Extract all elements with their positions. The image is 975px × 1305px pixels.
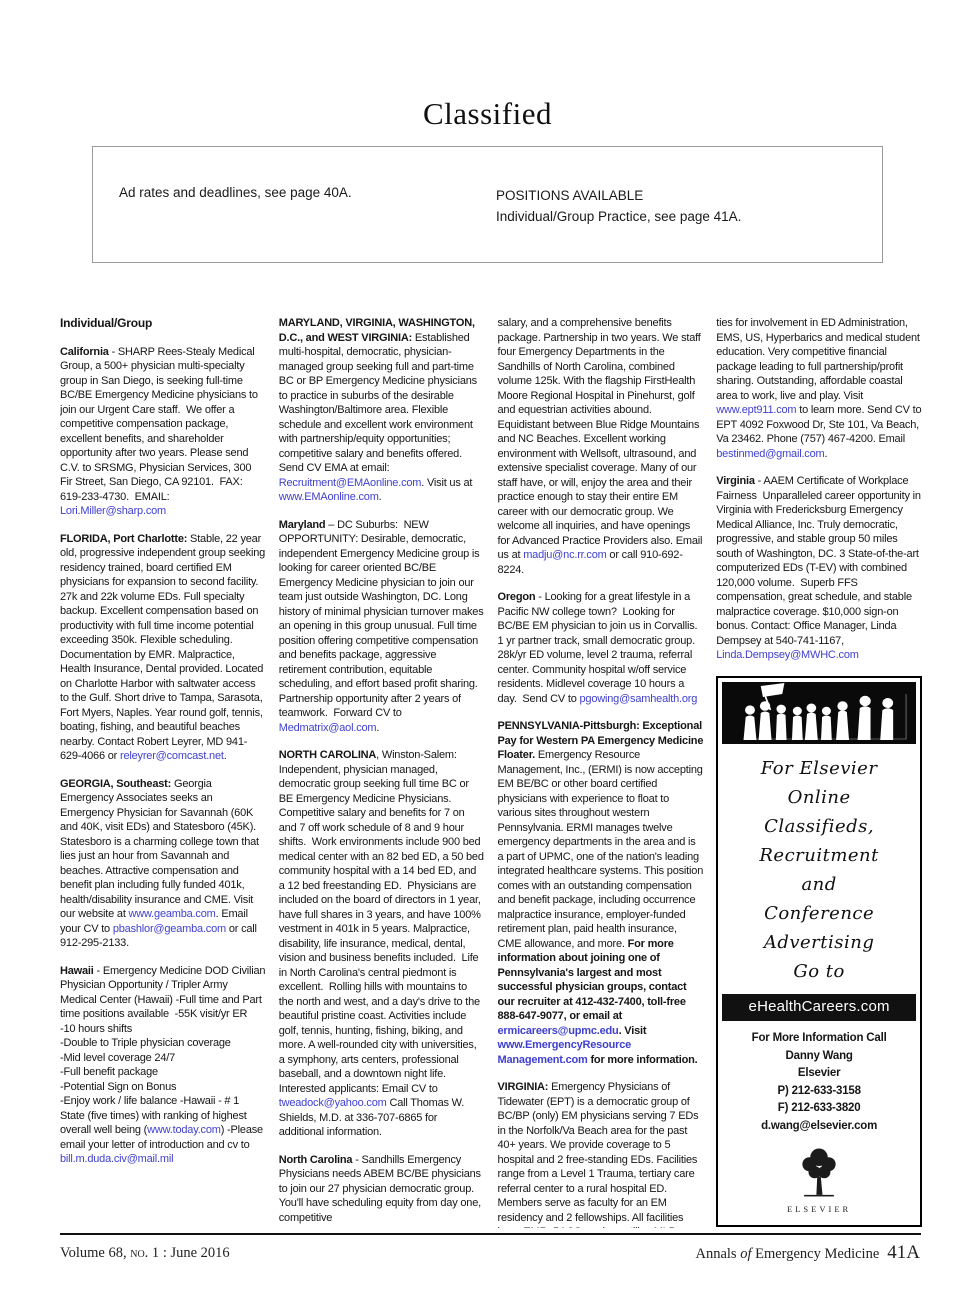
crowd-icon [722,682,916,744]
contact-name: Danny Wang [722,1048,916,1066]
elsevier-contact-info: For More Information Call Danny Wang Els… [722,1021,916,1135]
ad-lead-text: FLORIDA, Port Charlotte: [60,533,187,545]
contact-phone: P) 212-633-3158 [722,1083,916,1101]
ad-body-text: ties for involvement in ED Administratio… [716,317,922,402]
column-1-ads: California - SHARP Rees-Stealy Medical G… [60,345,266,1167]
ad-lead-text: GEORGIA, Southeast: [60,778,171,790]
inline-link[interactable]: www.today.com [147,1124,221,1136]
ad-florida-port-charlotte: FLORIDA, Port Charlotte: Stable, 22 year… [60,532,266,764]
footer-divider [60,1233,921,1235]
column-4: ties for involvement in ED Administratio… [716,316,922,1228]
elsevier-tree-logo-icon [794,1145,844,1201]
inline-link[interactable]: pgowing@samhealth.org [580,693,698,705]
ad-lead-text: Hawaii [60,965,94,977]
column-3: salary, and a comprehensive benefits pac… [498,316,704,1228]
ad-lead-text: North Carolina [279,1154,353,1166]
ad-body-text: Georgia Emergency Associates seeks an Em… [60,778,262,921]
inline-link[interactable]: Recruitment@EMAonline.com [279,477,422,489]
ad-body-text: - Emergency Medicine DOD Civilian Physic… [60,965,268,1137]
contact-email[interactable]: d.wang@elsevier.com [722,1118,916,1136]
ad-body-text: – DC Suburbs: NEW OPPORTUNITY: Desirable… [279,519,487,720]
ad-body-text: salary, and a comprehensive benefits pac… [498,317,706,561]
ad-lead-text: NORTH CAROLINA [279,749,376,761]
contact-company: Elsevier [722,1065,916,1083]
inline-link[interactable]: Lori.Miller@sharp.com [60,505,166,517]
column-2-ads: MARYLAND, VIRGINIA, WASHINGTON, D.C., an… [279,316,485,1225]
journal-classified-page: Classified Ad rates and deadlines, see p… [0,0,975,1305]
ad-virginia-aaem: Virginia - AAEM Certificate of Workplace… [716,474,922,663]
positions-available-heading: POSITIONS AVAILABLE [496,185,741,206]
positions-available-note: POSITIONS AVAILABLE Individual/Group Pra… [496,185,741,262]
column-1: Individual/Group California - SHARP Rees… [60,316,266,1228]
crowd-silhouette-image [722,682,916,744]
inline-link[interactable]: bestinmed@gmail.com [716,448,824,460]
ad-body-text: , Winston-Salem: Independent, physician … [279,749,487,1095]
ad-virginia-ept-continuation: ties for involvement in ED Administratio… [716,316,922,461]
ad-maryland-virginia-dc-wv: MARYLAND, VIRGINIA, WASHINGTON, D.C., an… [279,316,485,505]
ad-north-carolina-sandhills: North Carolina - Sandhills Emergency Phy… [279,1153,485,1226]
ad-north-carolina-winston-salem: NORTH CAROLINA, Winston-Salem: Independe… [279,748,485,1140]
contact-call-line: For More Information Call [722,1030,916,1048]
ad-body-text: - SHARP Rees-Stealy Medical Group, a 500… [60,346,261,503]
ad-body-text: . Visit us at [421,477,475,489]
ad-body-text: Emergency Physicians of Tidewater (EPT) … [498,1081,702,1228]
inline-link[interactable]: tweadock@yahoo.com [279,1097,387,1109]
ad-body-text: . [379,491,382,503]
ad-rates-box: Ad rates and deadlines, see page 40A. PO… [92,146,883,263]
ad-maryland-dc-suburbs: Maryland – DC Suburbs: NEW OPPORTUNITY: … [279,518,485,736]
section-heading: Individual/Group [60,316,266,331]
page-title: Classified [0,96,975,132]
ad-california: California - SHARP Rees-Stealy Medical G… [60,345,266,519]
ad-lead-text: VIRGINIA: [498,1081,549,1093]
ad-body-text: Stable, 22 year old, progressive indepen… [60,533,268,763]
ad-body-text: . [224,750,227,762]
elsevier-ad: For Elsevier Online Classifieds, Recruit… [716,676,922,1227]
ad-oregon: Oregon - Looking for a great lifestyle i… [498,590,704,706]
ad-body-text: Emergency Resource Management, Inc., (ER… [498,749,706,950]
inline-link[interactable]: www.geamba.com [129,908,216,920]
footer-journal-info: Annals of Emergency Medicine41A [695,1242,920,1264]
classified-columns: Individual/Group California - SHARP Rees… [60,316,922,1228]
ad-lead-text: For more information about joining one o… [498,938,690,1023]
ad-lead-text: . Visit [619,1025,650,1037]
column-3-ads: salary, and a comprehensive benefits pac… [498,316,704,1228]
ad-lead-text: for more information. [588,1054,698,1066]
ad-sandhills-continuation: salary, and a comprehensive benefits pac… [498,316,704,577]
ad-body-text: Established multi-hospital, democratic, … [279,332,480,475]
elsevier-headline: For Elsevier Online Classifieds, Recruit… [722,744,916,994]
inline-link[interactable]: ermicareers@upmc.edu [498,1025,619,1037]
ad-body-text: - AAEM Certificate of Workplace Fairness… [716,475,922,647]
ad-pennsylvania-pittsburgh: PENNSYLVANIA-Pittsburgh: Exceptional Pay… [498,719,704,1067]
inline-link[interactable]: releyrer@comcast.net [120,750,224,762]
inline-link[interactable]: pbashlor@geamba.com [113,923,226,935]
ad-body-text: . [825,448,828,460]
ad-lead-text: Maryland [279,519,326,531]
contact-fax: F) 212-633-3820 [722,1100,916,1118]
ehealthcareers-link[interactable]: eHealthCareers.com [722,994,916,1022]
ad-lead-text: Oregon [498,591,536,603]
inline-link[interactable]: bill.m.duda.civ@mail.mil [60,1153,173,1165]
inline-link[interactable]: Linda.Dempsey@MWHC.com [716,649,858,661]
page-number: 41A [887,1242,920,1263]
positions-available-detail: Individual/Group Practice, see page 41A. [496,206,741,227]
inline-link[interactable]: www.EMAonline.com [279,491,379,503]
footer-volume-info: Volume 68, no. 1 : June 2016 [60,1245,230,1262]
ad-lead-text: California [60,346,109,358]
elsevier-logo-text: ELSEVIER [722,1202,916,1221]
ad-body-text: . [376,722,379,734]
column-2: MARYLAND, VIRGINIA, WASHINGTON, D.C., an… [279,316,485,1228]
ad-body-text: - Looking for a great lifestyle in a Pac… [498,591,704,705]
inline-link[interactable]: www.ept911.com [716,404,796,416]
column-4-ads: ties for involvement in ED Administratio… [716,316,922,663]
ad-lead-text: Virginia [716,475,755,487]
ad-georgia-southeast: GEORGIA, Southeast: Georgia Emergency As… [60,777,266,951]
ad-virginia-ept: VIRGINIA: Emergency Physicians of Tidewa… [498,1080,704,1228]
ad-hawaii: Hawaii - Emergency Medicine DOD Civilian… [60,964,266,1167]
ad-rates-note: Ad rates and deadlines, see page 40A. [119,185,496,262]
inline-link[interactable]: Medmatrix@aol.com [279,722,377,734]
inline-link[interactable]: madju@nc.rr.com [523,549,606,561]
